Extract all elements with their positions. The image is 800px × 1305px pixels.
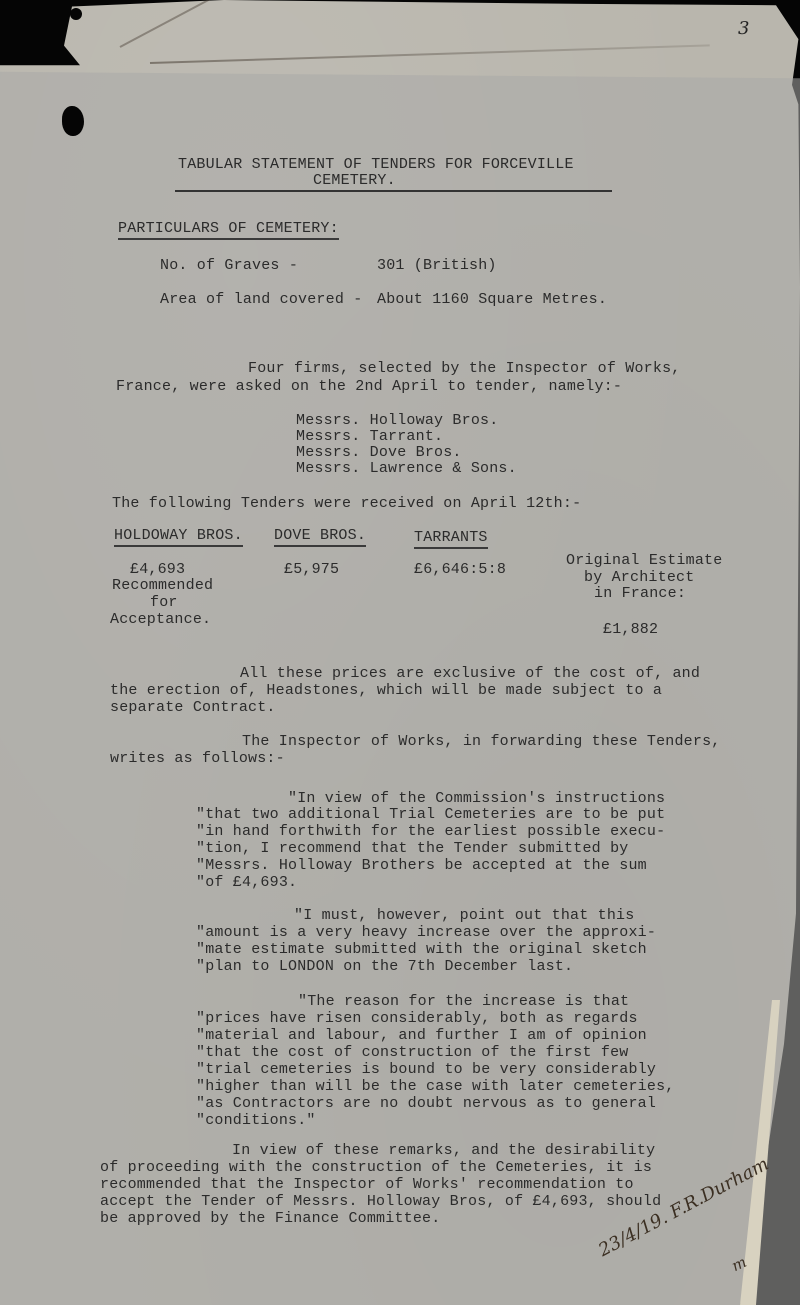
quote-line: "of £4,693. — [196, 874, 297, 891]
prices-para-line: separate Contract. — [110, 699, 276, 716]
quote-line: "amount is a very heavy increase over th… — [196, 924, 656, 941]
prices-para-line: All these prices are exclusive of the co… — [240, 665, 700, 682]
tender-amount-dove: £5,975 — [284, 561, 339, 578]
conclusion-line: recommended that the Inspector of Works'… — [100, 1176, 634, 1193]
firms-intro-line-2: France, were asked on the 2nd April to t… — [116, 378, 622, 395]
tender-firm-holloway: HOLDOWAY BROS. — [114, 527, 243, 547]
firms-intro-line-1: Four firms, selected by the Inspector of… — [248, 360, 680, 377]
graves-label: No. of Graves - — [160, 257, 298, 274]
quote-line: "tion, I recommend that the Tender submi… — [196, 840, 628, 857]
conclusion-line: be approved by the Finance Committee. — [100, 1210, 440, 1227]
graves-value: 301 (British) — [377, 257, 497, 274]
area-value: About 1160 Square Metres. — [377, 291, 607, 308]
quote-line: "prices have risen considerably, both as… — [196, 1010, 638, 1027]
quote-line: "Messrs. Holloway Brothers be accepted a… — [196, 857, 647, 874]
punch-hole — [62, 106, 84, 136]
tender-amount-tarrants: £6,646:5:8 — [414, 561, 506, 578]
tender-amount-holloway: £4,693 — [130, 561, 185, 578]
conclusion-line: of proceeding with the construction of t… — [100, 1159, 652, 1176]
firm-item: Messrs. Holloway Bros. — [296, 412, 498, 429]
conclusion-line: In view of these remarks, and the desira… — [232, 1142, 655, 1159]
quote-line: "that two additional Trial Cemeteries ar… — [196, 806, 665, 823]
quote-line: "I must, however, point out that this — [294, 907, 634, 924]
tender-note-acceptance: Acceptance. — [110, 611, 211, 628]
tender-note-recommended: Recommended — [112, 577, 213, 594]
quote-line: "conditions." — [196, 1112, 316, 1129]
quote-line: "The reason for the increase is that — [298, 993, 629, 1010]
inspector-intro-line: writes as follows:- — [110, 750, 285, 767]
page-number: 3 — [738, 18, 749, 39]
estimate-line-3: in France: — [594, 585, 686, 602]
firm-item: Messrs. Lawrence & Sons. — [296, 460, 517, 477]
quote-line: "In view of the Commission's instruction… — [288, 790, 665, 807]
area-label: Area of land covered - — [160, 291, 362, 308]
quote-line: "in hand forthwith for the earliest poss… — [196, 823, 665, 840]
tenders-intro: The following Tenders were received on A… — [112, 495, 581, 512]
firm-item: Messrs. Dove Bros. — [296, 444, 462, 461]
estimate-line-1: Original Estimate — [566, 552, 722, 569]
quote-line: "that the cost of construction of the fi… — [196, 1044, 628, 1061]
quote-line: "material and labour, and further I am o… — [196, 1027, 647, 1044]
tender-firm-tarrants: TARRANTS — [414, 529, 488, 549]
prices-para-line: the erection of, Headstones, which will … — [110, 682, 662, 699]
quote-line: "trial cemeteries is bound to be very co… — [196, 1061, 656, 1078]
quote-line: "higher than will be the case with later… — [196, 1078, 674, 1095]
title-line-1: TABULAR STATEMENT OF TENDERS FOR FORCEVI… — [178, 156, 574, 173]
firm-item: Messrs. Tarrant. — [296, 428, 443, 445]
quote-line: "plan to LONDON on the 7th December last… — [196, 958, 573, 975]
tender-firm-dove: DOVE BROS. — [274, 527, 366, 547]
estimate-amount: £1,882 — [603, 621, 658, 638]
title-underline — [175, 190, 612, 192]
title-line-2: CEMETERY. — [313, 172, 396, 189]
inspector-intro-line: The Inspector of Works, in forwarding th… — [242, 733, 720, 750]
quote-line: "as Contractors are no doubt nervous as … — [196, 1095, 656, 1112]
quote-line: "mate estimate submitted with the origin… — [196, 941, 647, 958]
tender-note-for: for — [150, 594, 178, 611]
tear-hole — [70, 8, 82, 20]
conclusion-line: accept the Tender of Messrs. Holloway Br… — [100, 1193, 661, 1210]
particulars-heading: PARTICULARS OF CEMETERY: — [118, 220, 339, 240]
estimate-line-2: by Architect — [584, 569, 694, 586]
